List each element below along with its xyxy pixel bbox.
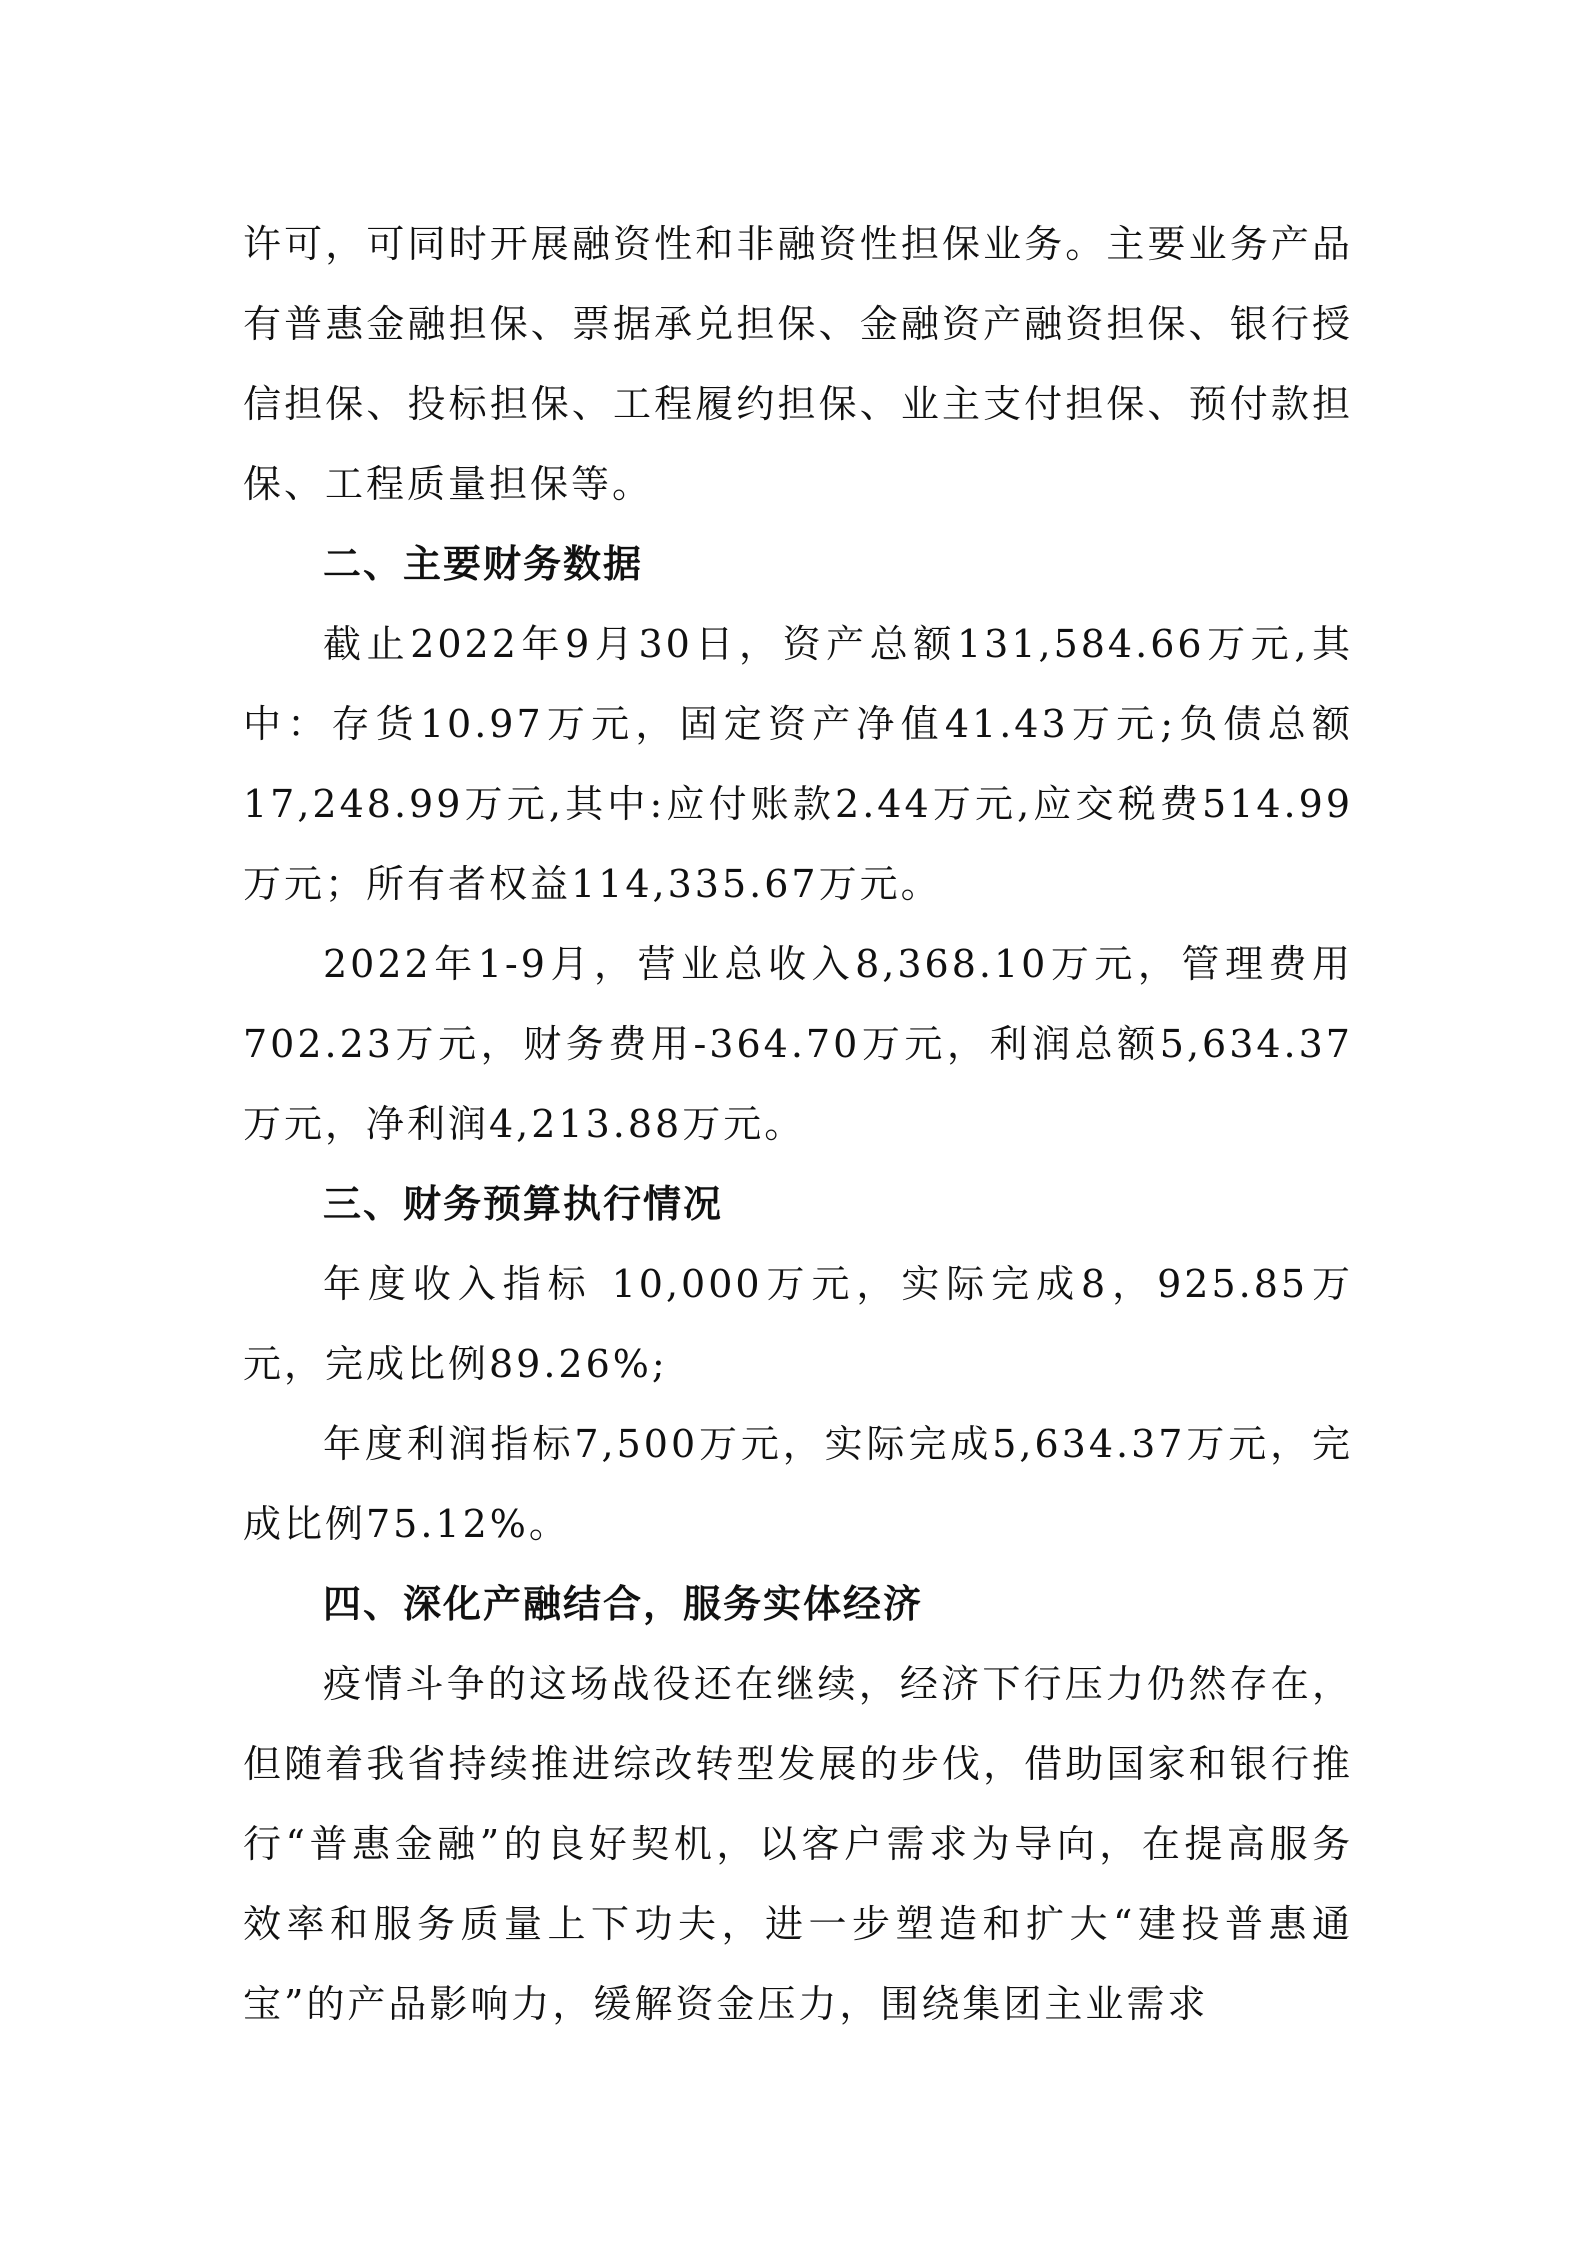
document-page: 许可，可同时开展融资性和非融资性担保业务。主要业务产品有普惠金融担保、票据承兑担… [243,204,1353,2044]
paragraph-income-statement: 2022年1-9月，营业总收入8,368.10万元，管理费用702.23万元，财… [243,924,1353,1164]
paragraph-profit-target: 年度利润指标7,500万元，实际完成5,634.37万元，完成比例75.12%。 [243,1404,1353,1564]
section-heading-industry-finance: 四、深化产融结合，服务实体经济 [243,1564,1353,1644]
paragraph-real-economy: 疫情斗争的这场战役还在继续，经济下行压力仍然存在，但随着我省持续推进综改转型发展… [243,1644,1353,2044]
paragraph-revenue-target: 年度收入指标 10,000万元，实际完成8，925.85万元，完成比例89.26… [243,1244,1353,1404]
section-heading-budget-execution: 三、财务预算执行情况 [243,1164,1353,1244]
paragraph-balance-sheet: 截止2022年9月30日，资产总额131,584.66万元,其中：存货10.97… [243,604,1353,924]
section-heading-financial-data: 二、主要财务数据 [243,524,1353,604]
paragraph-business-scope: 许可，可同时开展融资性和非融资性担保业务。主要业务产品有普惠金融担保、票据承兑担… [243,204,1353,524]
